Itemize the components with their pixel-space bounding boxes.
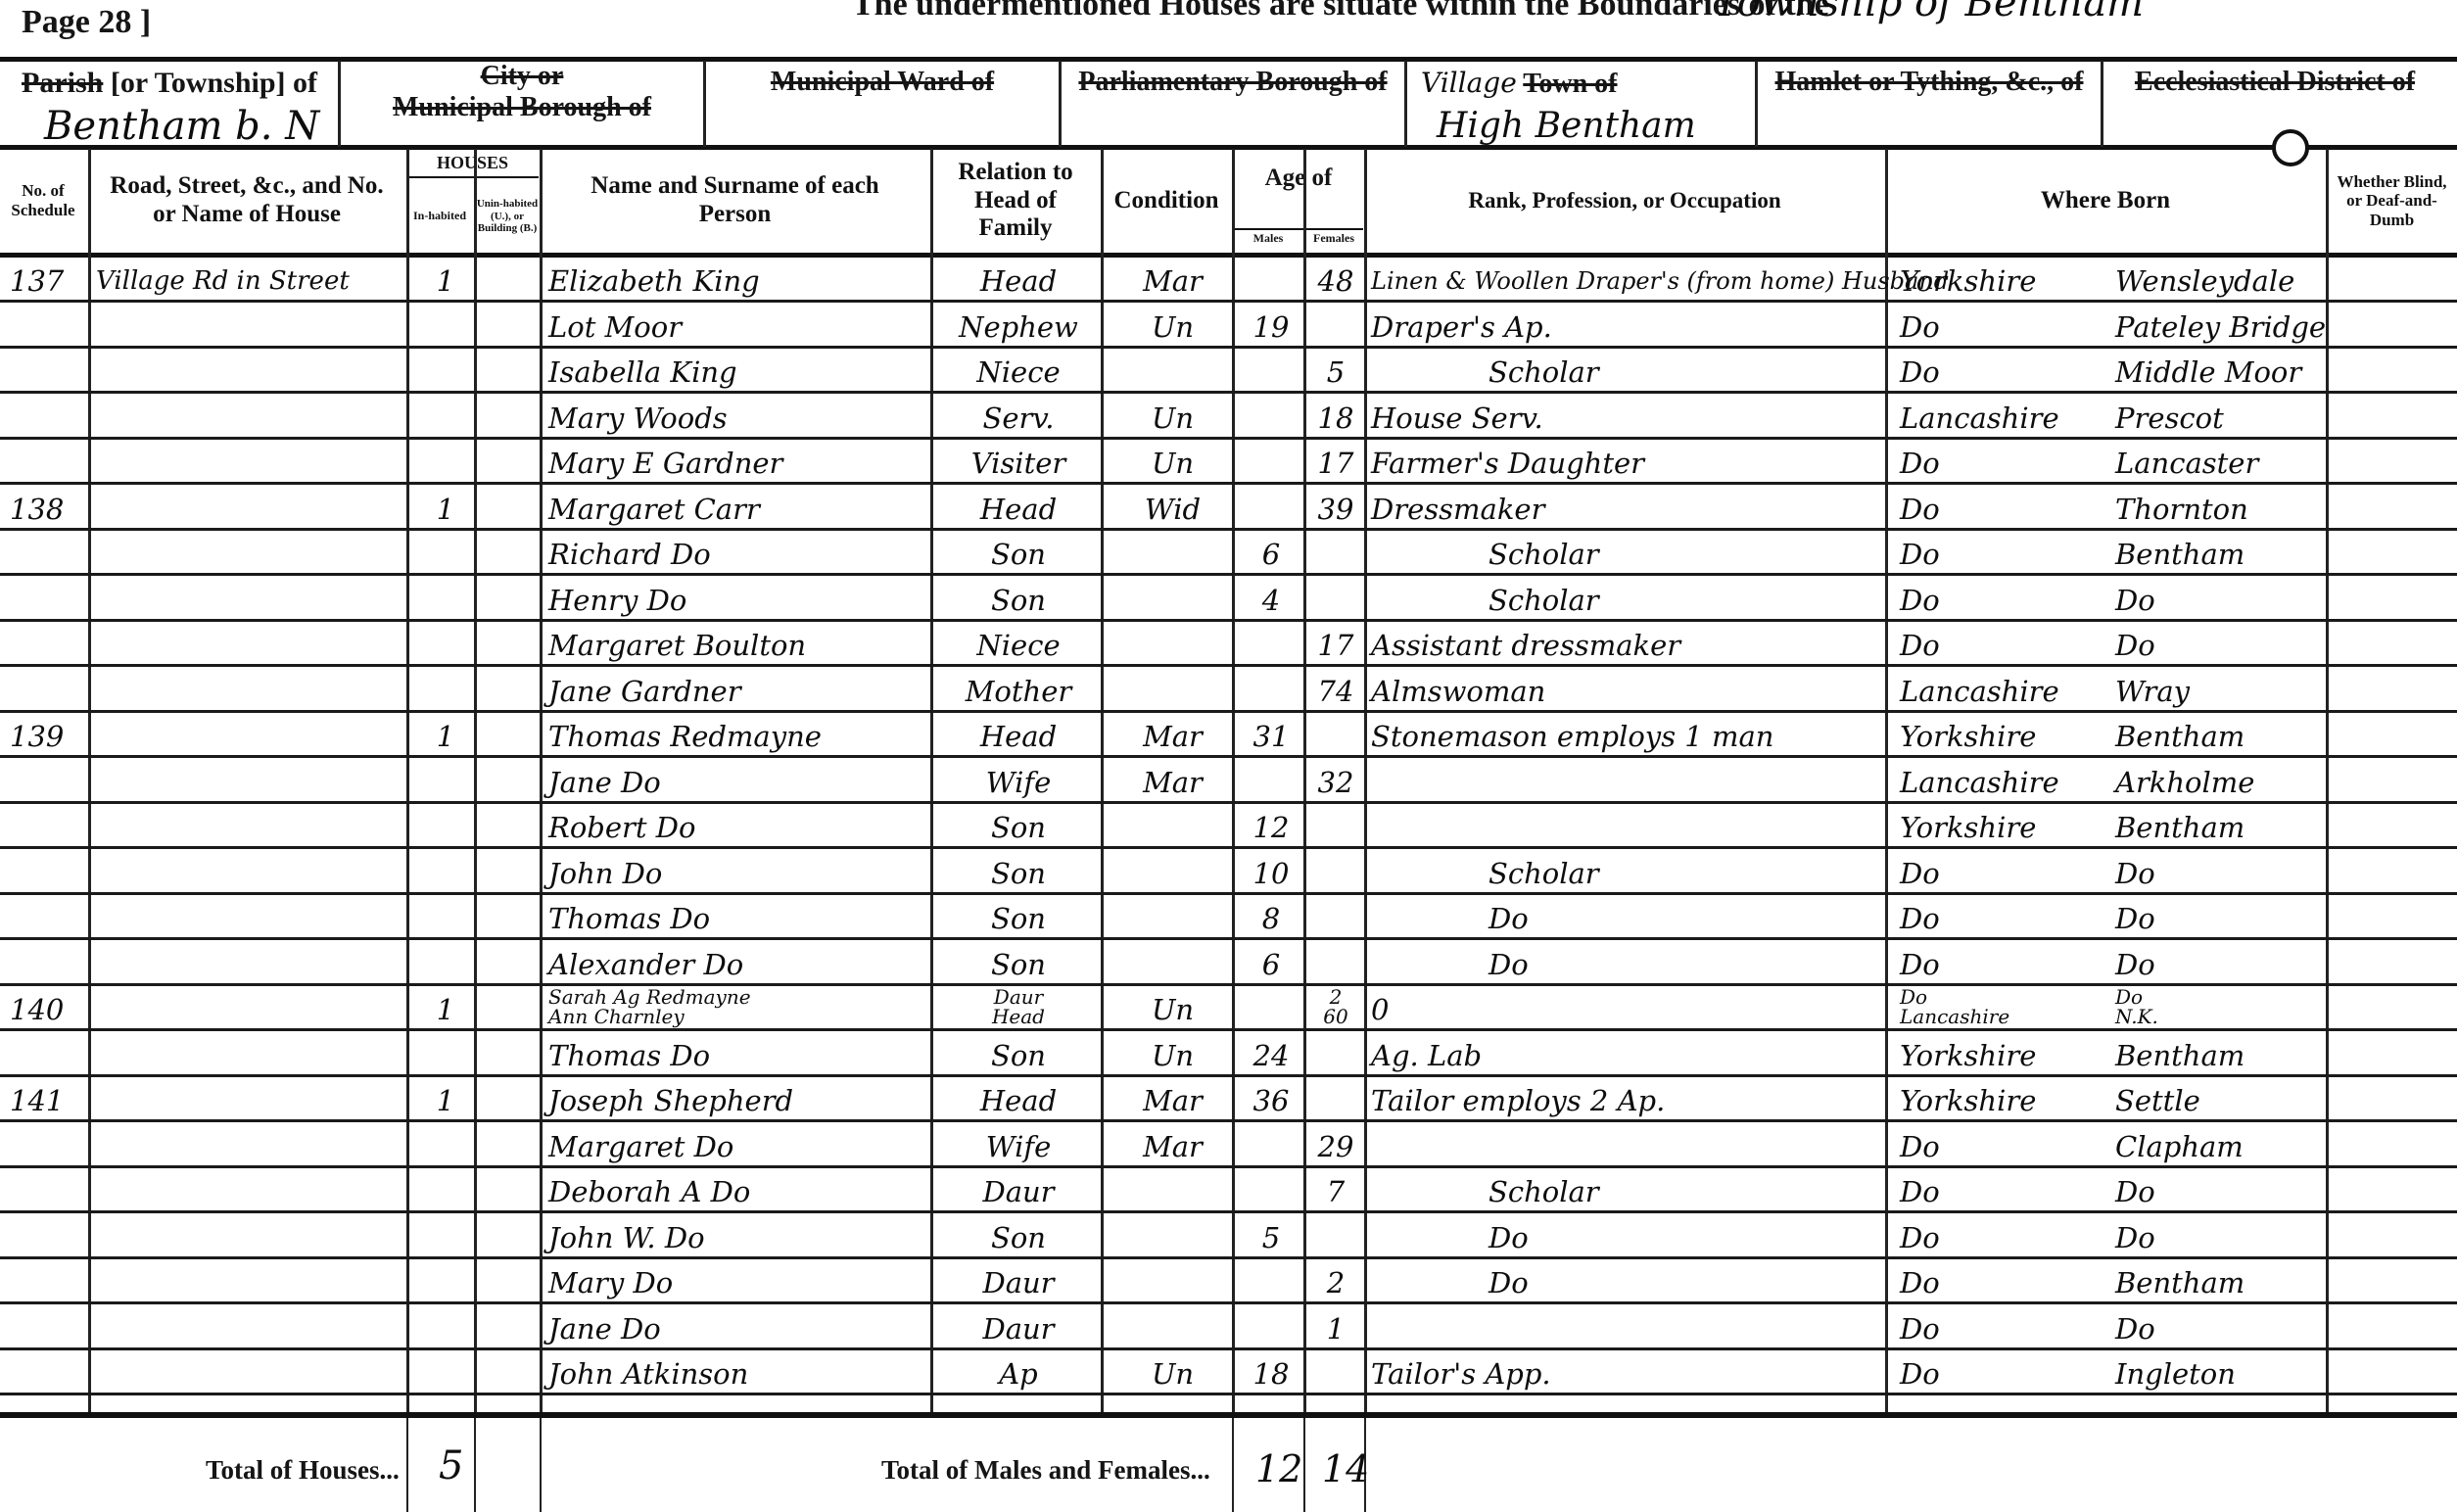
total-houses-label: Total of Houses... bbox=[206, 1455, 400, 1486]
cell-female: 1 bbox=[1308, 1310, 1363, 1347]
cell-inhabited: 1 bbox=[421, 991, 470, 1028]
table-row: Mary DoDaur2DoDoBentham bbox=[0, 1258, 2457, 1303]
cell-condition: Un bbox=[1116, 1355, 1229, 1393]
total-persons-label: Total of Males and Females... bbox=[881, 1455, 1210, 1486]
cell-name: Mary E Gardner bbox=[548, 445, 928, 482]
cell-born-place: Wensleydale bbox=[2115, 262, 2321, 300]
town-label: Village Town of bbox=[1421, 67, 1618, 100]
hamlet-box: Hamlet or Tything, &c., of bbox=[1758, 61, 2101, 147]
col-males: Males bbox=[1234, 231, 1302, 246]
cell-female: 17 bbox=[1308, 627, 1363, 664]
cell-schedule: 138 bbox=[10, 491, 86, 528]
cell-name: Mary Woods bbox=[548, 400, 928, 437]
cell-occupation: House Serv. bbox=[1371, 400, 1882, 437]
col-females: Females bbox=[1304, 231, 1363, 246]
cell-occupation: Draper's Ap. bbox=[1371, 308, 1882, 346]
cell-born-place: Thornton bbox=[2115, 491, 2321, 528]
cell-born-place: Do bbox=[2115, 900, 2321, 937]
row-rule bbox=[0, 1393, 2457, 1395]
cell-female: 32 bbox=[1308, 764, 1363, 801]
table-row: Deborah A DoDaur7ScholarDoDo bbox=[0, 1167, 2457, 1212]
col-where-born: Where Born bbox=[1887, 149, 2324, 253]
cell-born-place: Do bbox=[2115, 855, 2321, 892]
cell-relation: Daur bbox=[940, 1310, 1097, 1347]
cell-born-place: Do bbox=[2115, 627, 2321, 664]
table-row: Mary WoodsServ.Un18House Serv.Lancashire… bbox=[0, 394, 2457, 439]
cell-born-county: Yorkshire bbox=[1900, 262, 2125, 300]
cell-relation: Son bbox=[940, 536, 1097, 573]
cell-occupation: Tailor's App. bbox=[1371, 1355, 1882, 1393]
cell-born-county: Do bbox=[1900, 536, 2125, 573]
cell-born-place: Do bbox=[2115, 1173, 2321, 1210]
column-divider bbox=[1303, 1418, 1305, 1512]
col-age-group: Age of bbox=[1234, 165, 1363, 192]
cell-born-place: Clapham bbox=[2115, 1128, 2321, 1165]
cell-relation: Wife bbox=[940, 764, 1097, 801]
cell-occupation: Almswoman bbox=[1371, 673, 1882, 710]
table-row: 1381Margaret CarrHeadWid39DressmakerDoTh… bbox=[0, 485, 2457, 530]
column-divider bbox=[474, 1418, 476, 1512]
cell-male: 19 bbox=[1242, 308, 1300, 346]
cell-born-place: Middle Moor bbox=[2115, 354, 2321, 391]
ward-label: Municipal Ward of bbox=[706, 67, 1059, 98]
cell-born-county: Do bbox=[1900, 946, 2125, 983]
cell-male: 36 bbox=[1242, 1082, 1300, 1119]
cell-name: Jane Gardner bbox=[548, 673, 928, 710]
cell-born-county: Do bbox=[1900, 900, 2125, 937]
ecclesiastical-label: Ecclesiastical District of bbox=[2103, 67, 2446, 98]
cell-name: Jane Do bbox=[548, 764, 928, 801]
cell-relation: Niece bbox=[940, 627, 1097, 664]
col-inhabited: In-habited bbox=[406, 180, 473, 253]
cell-relation: Son bbox=[940, 582, 1097, 619]
page-number: Page 28 ] bbox=[22, 4, 151, 41]
col-road: Road, Street, &c., and No. or Name of Ho… bbox=[90, 149, 403, 253]
table-row: Isabella KingNiece5ScholarDoMiddle Moor bbox=[0, 348, 2457, 393]
cell-born-county: Lancashire bbox=[1900, 764, 2125, 801]
cell-name: Henry Do bbox=[548, 582, 928, 619]
cell-born-county: Do bbox=[1900, 1264, 2125, 1301]
cell-born-place: Do bbox=[2115, 582, 2321, 619]
cell-born-county: Do bbox=[1900, 582, 2125, 619]
cell-name: John Atkinson bbox=[548, 1355, 928, 1393]
cell-name: Margaret Carr bbox=[548, 491, 928, 528]
cell-occupation: Linen & Woollen Draper's (from home) Hus… bbox=[1371, 262, 1882, 300]
cell-name: Margaret Do bbox=[548, 1128, 928, 1165]
cell-relation: DaurHead bbox=[940, 987, 1097, 1024]
cell-name: Robert Do bbox=[548, 809, 928, 846]
cell-born-county: Do bbox=[1900, 1173, 2125, 1210]
parish-box: Parish [or Township] of Bentham b. N bbox=[0, 61, 338, 147]
table-row: John AtkinsonApUn18Tailor's App.DoInglet… bbox=[0, 1349, 2457, 1394]
cell-condition: Un bbox=[1116, 308, 1229, 346]
table-row: Thomas DoSonUn24Ag. LabYorkshireBentham bbox=[0, 1031, 2457, 1076]
cell-condition: Un bbox=[1116, 991, 1229, 1028]
cell-relation: Head bbox=[940, 718, 1097, 755]
cell-inhabited: 1 bbox=[421, 262, 470, 300]
col-relation: Relation to Head of Family bbox=[931, 149, 1100, 253]
table-row: Thomas DoSon8DoDoDo bbox=[0, 894, 2457, 939]
town-value: High Bentham bbox=[1437, 106, 1696, 146]
cell-born-county: Do bbox=[1900, 445, 2125, 482]
table-row: Jane GardnerMother74AlmswomanLancashireW… bbox=[0, 667, 2457, 712]
cell-born-county: Do bbox=[1900, 1128, 2125, 1165]
cell-name: John W. Do bbox=[548, 1219, 928, 1256]
col-schedule: No. of Schedule bbox=[0, 149, 86, 253]
ecclesiastical-box: Ecclesiastical District of bbox=[2103, 61, 2446, 147]
cell-schedule: 140 bbox=[10, 991, 86, 1028]
cell-male: 4 bbox=[1242, 582, 1300, 619]
table-row: Margaret BoultonNiece17Assistant dressma… bbox=[0, 621, 2457, 666]
cell-female: 74 bbox=[1308, 673, 1363, 710]
cell-born-county: Yorkshire bbox=[1900, 718, 2125, 755]
cell-born-place: DoN.K. bbox=[2115, 987, 2321, 1024]
cell-born-place: Do bbox=[2115, 946, 2321, 983]
table-row: 1401Sarah Ag RedmayneAnn CharnleyDaurHea… bbox=[0, 985, 2457, 1030]
cell-name: Margaret Boulton bbox=[548, 627, 928, 664]
parliamentary-box: Parliamentary Borough of bbox=[1062, 61, 1404, 147]
cell-name: Sarah Ag RedmayneAnn Charnley bbox=[548, 987, 928, 1024]
table-row: Jane DoWifeMar32LancashireArkholme bbox=[0, 758, 2457, 803]
cell-male: 24 bbox=[1242, 1037, 1300, 1074]
cell-inhabited: 1 bbox=[421, 1082, 470, 1119]
cell-name: John Do bbox=[548, 855, 928, 892]
cell-male: 5 bbox=[1242, 1219, 1300, 1256]
town-box: Village Town of High Bentham bbox=[1407, 61, 1755, 147]
cell-female: 17 bbox=[1308, 445, 1363, 482]
cell-schedule: 141 bbox=[10, 1082, 86, 1119]
cell-condition: Un bbox=[1116, 1037, 1229, 1074]
cell-male: 31 bbox=[1242, 718, 1300, 755]
cell-name: Deborah A Do bbox=[548, 1173, 928, 1210]
cell-name: Jane Do bbox=[548, 1310, 928, 1347]
banner-district: Township of Bentham bbox=[1714, 0, 2144, 25]
cell-born-county: Do bbox=[1900, 491, 2125, 528]
cell-road: Village Rd in Street bbox=[96, 262, 404, 300]
cell-name: Thomas Redmayne bbox=[548, 718, 928, 755]
cell-relation: Wife bbox=[940, 1128, 1097, 1165]
cell-born-county: Do bbox=[1900, 354, 2125, 391]
cell-relation: Son bbox=[940, 809, 1097, 846]
cell-born-county: Yorkshire bbox=[1900, 1037, 2125, 1074]
cell-male: 10 bbox=[1242, 855, 1300, 892]
cell-relation: Daur bbox=[940, 1264, 1097, 1301]
cell-born-county: DoLancashire bbox=[1900, 987, 2125, 1024]
cell-born-county: Do bbox=[1900, 1355, 2125, 1393]
cell-inhabited: 1 bbox=[421, 491, 470, 528]
cell-male: 6 bbox=[1242, 536, 1300, 573]
cell-occupation: 0 bbox=[1371, 991, 1882, 1028]
cell-schedule: 139 bbox=[10, 718, 86, 755]
cell-born-place: Bentham bbox=[2115, 718, 2321, 755]
table-row: 1411Joseph ShepherdHeadMar36Tailor emplo… bbox=[0, 1076, 2457, 1121]
cell-relation: Son bbox=[940, 855, 1097, 892]
cell-inhabited: 1 bbox=[421, 718, 470, 755]
cell-male: 18 bbox=[1242, 1355, 1300, 1393]
cell-born-county: Do bbox=[1900, 855, 2125, 892]
cell-name: Alexander Do bbox=[548, 946, 928, 983]
parish-value: Bentham b. N bbox=[44, 104, 319, 149]
cell-relation: Visiter bbox=[940, 445, 1097, 482]
total-males-value: 12 bbox=[1255, 1447, 1302, 1490]
cell-relation: Head bbox=[940, 1082, 1097, 1119]
cell-female: 7 bbox=[1308, 1173, 1363, 1210]
table-row: Henry DoSon4ScholarDoDo bbox=[0, 576, 2457, 621]
cell-occupation: Stonemason employs 1 man bbox=[1371, 718, 1882, 755]
borough-box: City orMunicipal Borough of bbox=[341, 61, 703, 147]
table-row: Lot MoorNephewUn19Draper's Ap.DoPateley … bbox=[0, 303, 2457, 348]
cell-name: Thomas Do bbox=[548, 900, 928, 937]
cell-born-place: Bentham bbox=[2115, 809, 2321, 846]
cell-relation: Head bbox=[940, 262, 1097, 300]
cell-female: 5 bbox=[1308, 354, 1363, 391]
cell-born-place: Prescot bbox=[2115, 400, 2321, 437]
cell-occupation: Farmer's Daughter bbox=[1371, 445, 1882, 482]
cell-born-place: Ingleton bbox=[2115, 1355, 2321, 1393]
cell-born-place: Wray bbox=[2115, 673, 2321, 710]
cell-born-place: Arkholme bbox=[2115, 764, 2321, 801]
cell-born-county: Yorkshire bbox=[1900, 809, 2125, 846]
total-females-value: 14 bbox=[1322, 1447, 1369, 1490]
cell-condition: Mar bbox=[1116, 1128, 1229, 1165]
column-divider bbox=[540, 1418, 542, 1512]
table-row: Alexander DoSon6DoDoDo bbox=[0, 940, 2457, 985]
cell-name: Joseph Shepherd bbox=[548, 1082, 928, 1119]
cell-female: 18 bbox=[1308, 400, 1363, 437]
cell-relation: Daur bbox=[940, 1173, 1097, 1210]
cell-born-county: Do bbox=[1900, 1310, 2125, 1347]
cell-relation: Mother bbox=[940, 673, 1097, 710]
cell-born-place: Pateley Bridge bbox=[2115, 308, 2321, 346]
table-row: Jane DoDaur1DoDo bbox=[0, 1304, 2457, 1349]
cell-born-place: Bentham bbox=[2115, 1037, 2321, 1074]
cell-name: Mary Do bbox=[548, 1264, 928, 1301]
hamlet-label: Hamlet or Tything, &c., of bbox=[1758, 67, 2101, 98]
cell-born-county: Do bbox=[1900, 308, 2125, 346]
table-row: John DoSon10ScholarDoDo bbox=[0, 849, 2457, 894]
cell-schedule: 137 bbox=[10, 262, 86, 300]
cell-relation: Head bbox=[940, 491, 1097, 528]
table-row: Margaret DoWifeMar29DoClapham bbox=[0, 1122, 2457, 1167]
cell-relation: Nephew bbox=[940, 308, 1097, 346]
cell-name: Thomas Do bbox=[548, 1037, 928, 1074]
table-row: 137Village Rd in Street1Elizabeth KingHe… bbox=[0, 257, 2457, 302]
cell-born-county: Lancashire bbox=[1900, 673, 2125, 710]
table-row: Robert DoSon12YorkshireBentham bbox=[0, 803, 2457, 848]
cell-occupation: Assistant dressmaker bbox=[1371, 627, 1882, 664]
cell-condition: Mar bbox=[1116, 718, 1229, 755]
cell-occupation: Ag. Lab bbox=[1371, 1037, 1882, 1074]
cell-born-place: Lancaster bbox=[2115, 445, 2321, 482]
cell-name: Richard Do bbox=[548, 536, 928, 573]
cell-female: 2 bbox=[1308, 1264, 1363, 1301]
table-row: Mary E GardnerVisiterUn17Farmer's Daught… bbox=[0, 439, 2457, 484]
cell-female: 260 bbox=[1308, 987, 1363, 1024]
ward-box: Municipal Ward of bbox=[706, 61, 1059, 147]
cell-condition: Un bbox=[1116, 445, 1229, 482]
cell-condition: Wid bbox=[1116, 491, 1229, 528]
parliamentary-label: Parliamentary Borough of bbox=[1062, 67, 1404, 98]
cell-name: Elizabeth King bbox=[548, 262, 928, 300]
cell-name: Isabella King bbox=[548, 354, 928, 391]
cell-male: 8 bbox=[1242, 900, 1300, 937]
banner-text: The undermentioned Houses are situate wi… bbox=[852, 0, 1829, 24]
cell-female: 29 bbox=[1308, 1128, 1363, 1165]
cell-born-place: Do bbox=[2115, 1219, 2321, 1256]
cell-born-place: Bentham bbox=[2115, 536, 2321, 573]
table-row: Richard DoSon6ScholarDoBentham bbox=[0, 530, 2457, 575]
cell-condition: Un bbox=[1116, 400, 1229, 437]
cell-male: 6 bbox=[1242, 946, 1300, 983]
cell-condition: Mar bbox=[1116, 764, 1229, 801]
column-divider bbox=[406, 1418, 408, 1512]
cell-born-county: Lancashire bbox=[1900, 400, 2125, 437]
cell-female: 39 bbox=[1308, 491, 1363, 528]
cell-name: Lot Moor bbox=[548, 308, 928, 346]
table-row: John W. DoSon5DoDoDo bbox=[0, 1213, 2457, 1258]
column-divider bbox=[1232, 1418, 1234, 1512]
cell-born-county: Do bbox=[1900, 627, 2125, 664]
cell-relation: Son bbox=[940, 900, 1097, 937]
cell-born-county: Yorkshire bbox=[1900, 1082, 2125, 1119]
cell-occupation: Dressmaker bbox=[1371, 491, 1882, 528]
cell-relation: Son bbox=[940, 1219, 1097, 1256]
cell-born-place: Do bbox=[2115, 1310, 2321, 1347]
total-houses-value: 5 bbox=[439, 1443, 463, 1488]
cell-condition: Mar bbox=[1116, 1082, 1229, 1119]
cell-relation: Ap bbox=[940, 1355, 1097, 1393]
cell-relation: Niece bbox=[940, 354, 1097, 391]
col-name: Name and Surname of each Person bbox=[542, 149, 928, 253]
cell-relation: Son bbox=[940, 946, 1097, 983]
parish-label: Parish [or Township] of bbox=[22, 67, 317, 100]
borough-label: City orMunicipal Borough of bbox=[341, 61, 703, 123]
table-row: 1391Thomas RedmayneHeadMar31Stonemason e… bbox=[0, 712, 2457, 757]
col-houses-group: HOUSES bbox=[406, 153, 539, 173]
cell-relation: Serv. bbox=[940, 400, 1097, 437]
cell-female: 48 bbox=[1308, 262, 1363, 300]
cell-relation: Son bbox=[940, 1037, 1097, 1074]
col-uninhabited: Unin-habited (U.), or Building (B.) bbox=[476, 180, 539, 253]
col-blind: Whether Blind, or Deaf-and-Dumb bbox=[2327, 149, 2457, 253]
cell-occupation: Tailor employs 2 Ap. bbox=[1371, 1082, 1882, 1119]
cell-born-place: Bentham bbox=[2115, 1264, 2321, 1301]
cell-condition: Mar bbox=[1116, 262, 1229, 300]
cell-born-place: Settle bbox=[2115, 1082, 2321, 1119]
cell-male: 12 bbox=[1242, 809, 1300, 846]
cell-born-county: Do bbox=[1900, 1219, 2125, 1256]
col-condition: Condition bbox=[1103, 149, 1230, 253]
col-occupation: Rank, Profession, or Occupation bbox=[1365, 149, 1884, 253]
